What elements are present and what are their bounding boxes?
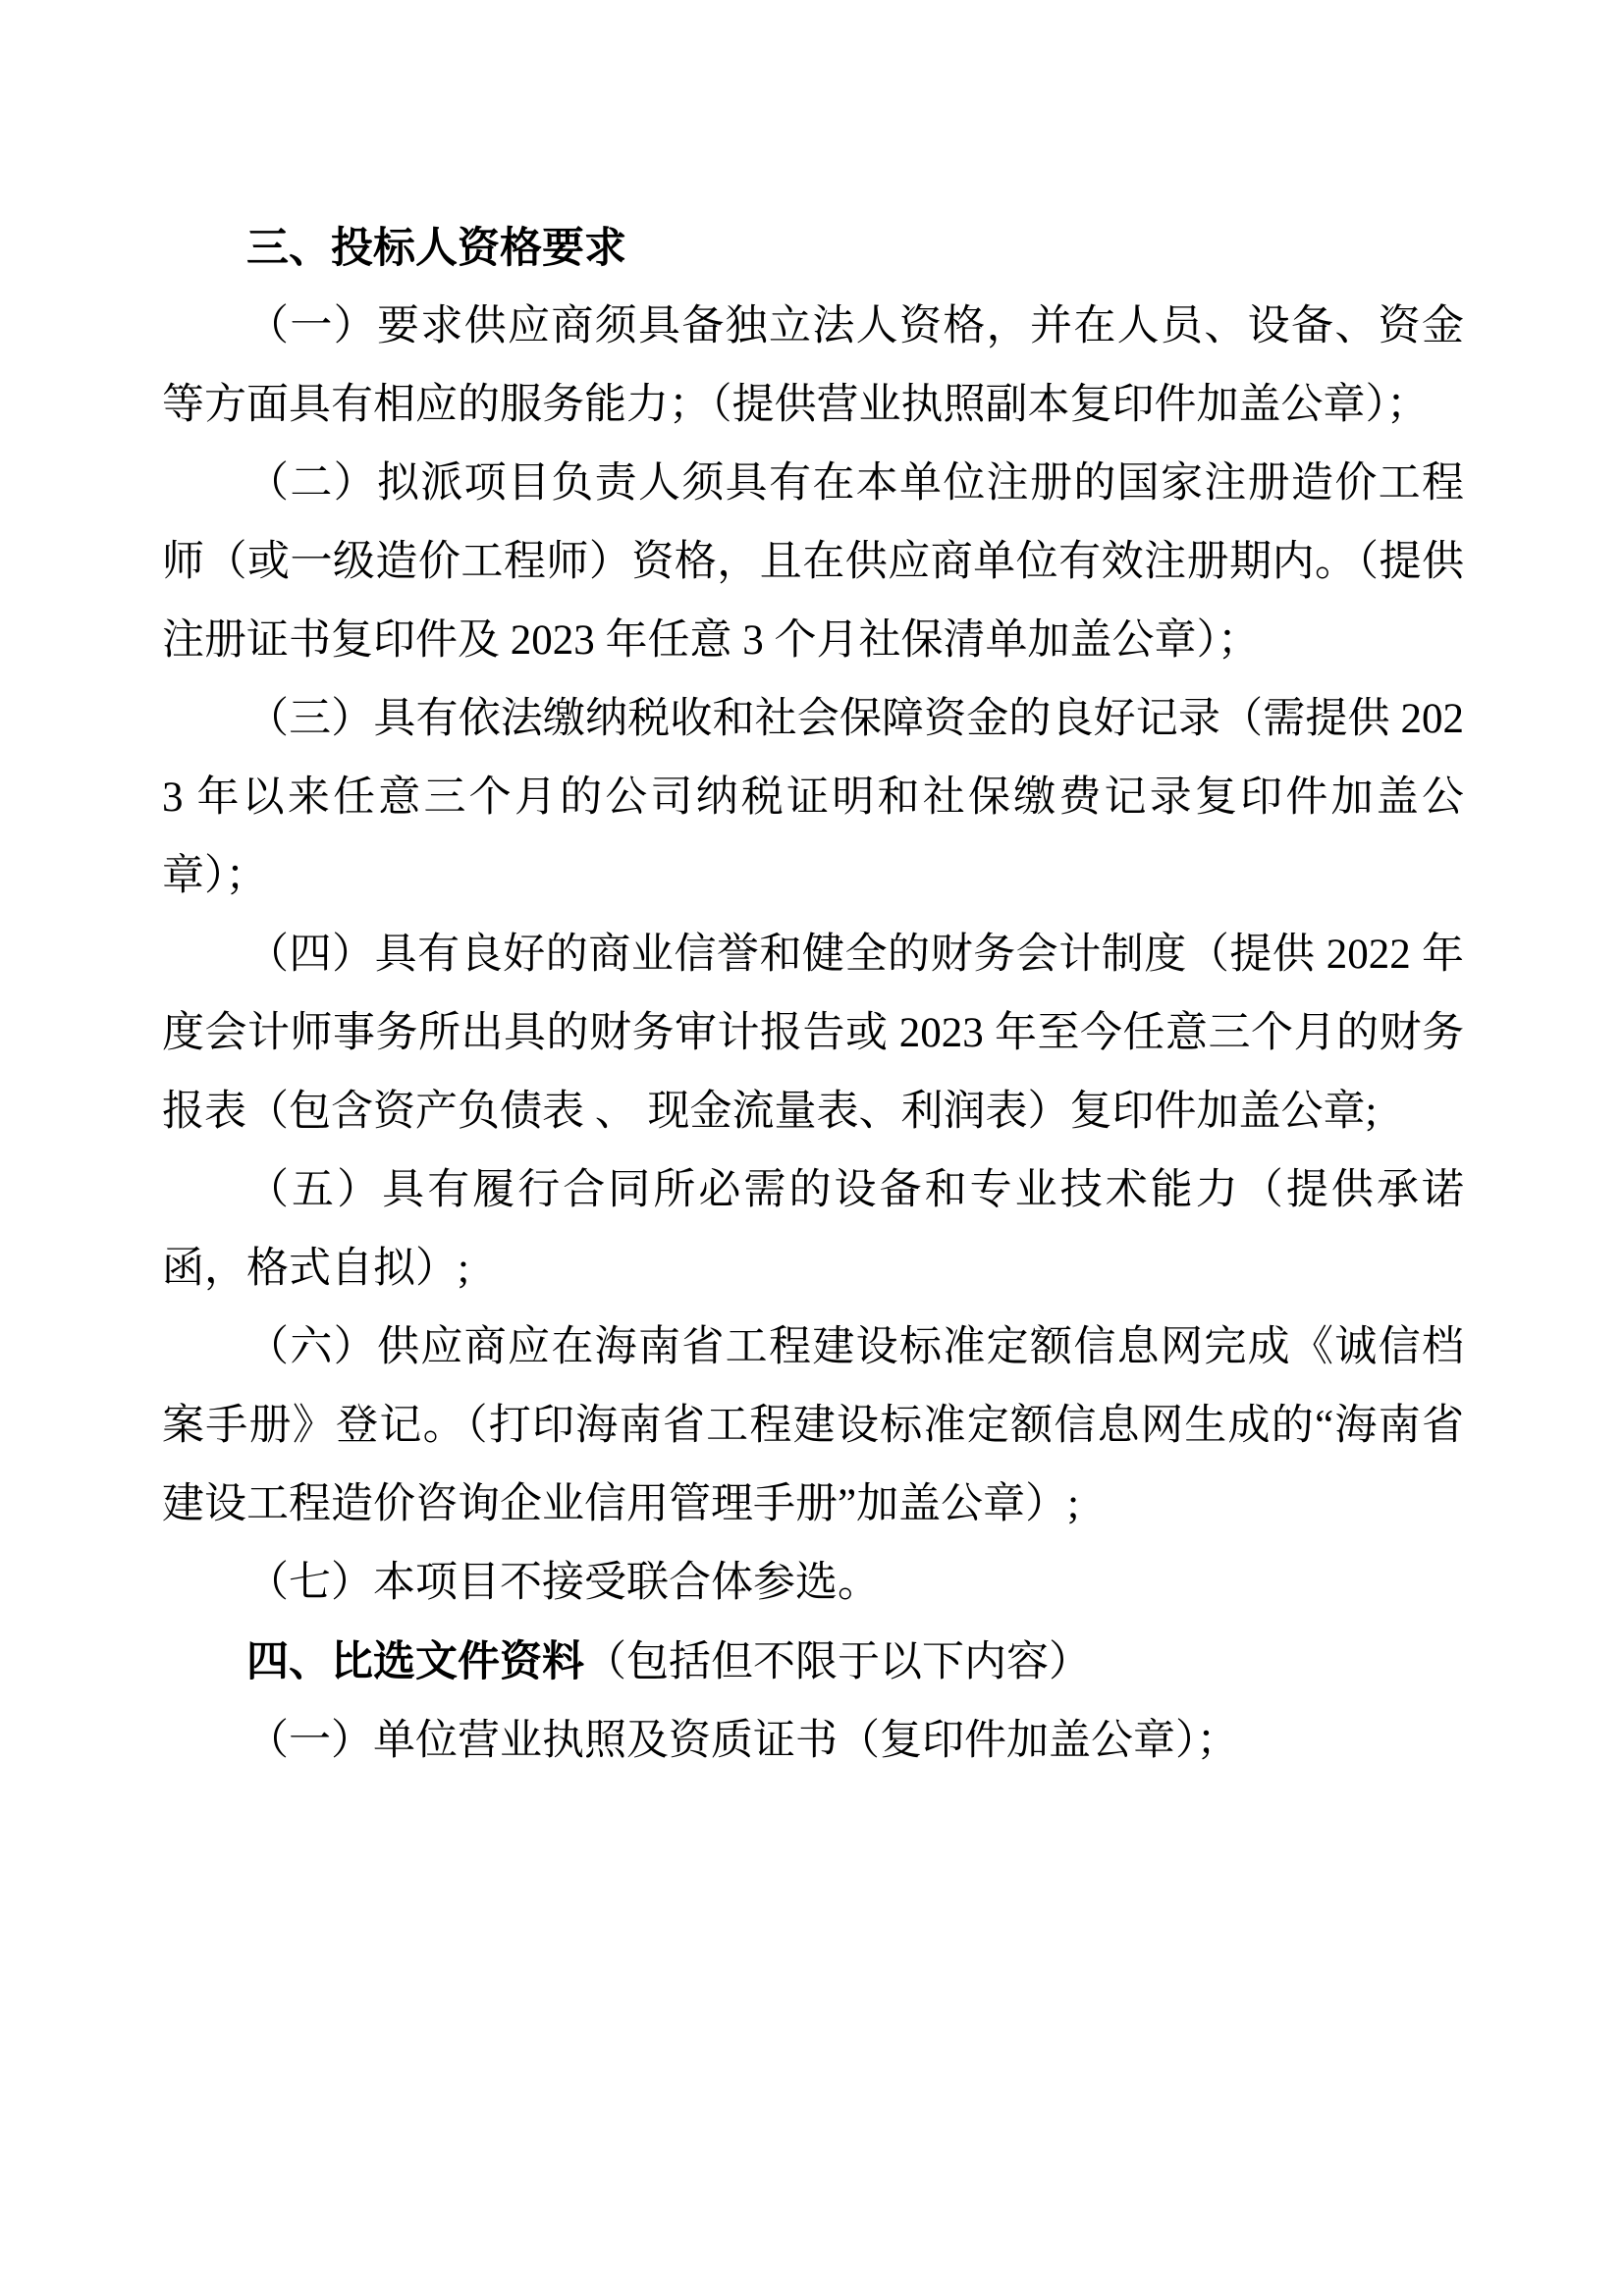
paragraph: （六）供应商应在海南省工程建设标准定额信息网完成《诚信档案手册》登记。（打印海南… xyxy=(162,1308,1464,1544)
paragraph: （一）单位营业执照及资质证书（复印件加盖公章）； xyxy=(162,1702,1464,1781)
paragraph: （二）拟派项目负责人须具有在本单位注册的国家注册造价工程师（或一级造价工程师）资… xyxy=(162,445,1464,680)
heading-regular-run: （包括但不限于以下内容） xyxy=(584,1639,1091,1685)
section-heading: 三、投标人资格要求 xyxy=(162,209,1464,288)
paragraph: （七）本项目不接受联合体参选。 xyxy=(162,1544,1464,1623)
paragraph: （三）具有依法缴纳税收和社会保障资金的良好记录（需提供 2023 年以来任意三个… xyxy=(162,680,1464,916)
paragraph: （四）具有良好的商业信誉和健全的财务会计制度（提供 2022 年度会计师事务所出… xyxy=(162,916,1464,1151)
heading-bold-run: 四、比选文件资料 xyxy=(246,1638,584,1685)
paragraph: （一）要求供应商须具备独立法人资格，并在人员、设备、资金等方面具有相应的服务能力… xyxy=(162,288,1464,445)
document-page: 三、投标人资格要求（一）要求供应商须具备独立法人资格，并在人员、设备、资金等方面… xyxy=(162,209,1464,1781)
section-heading: 四、比选文件资料（包括但不限于以下内容） xyxy=(162,1623,1464,1702)
paragraph: （五）具有履行合同所必需的设备和专业技术能力（提供承诺函，格式自拟）; xyxy=(162,1151,1464,1308)
